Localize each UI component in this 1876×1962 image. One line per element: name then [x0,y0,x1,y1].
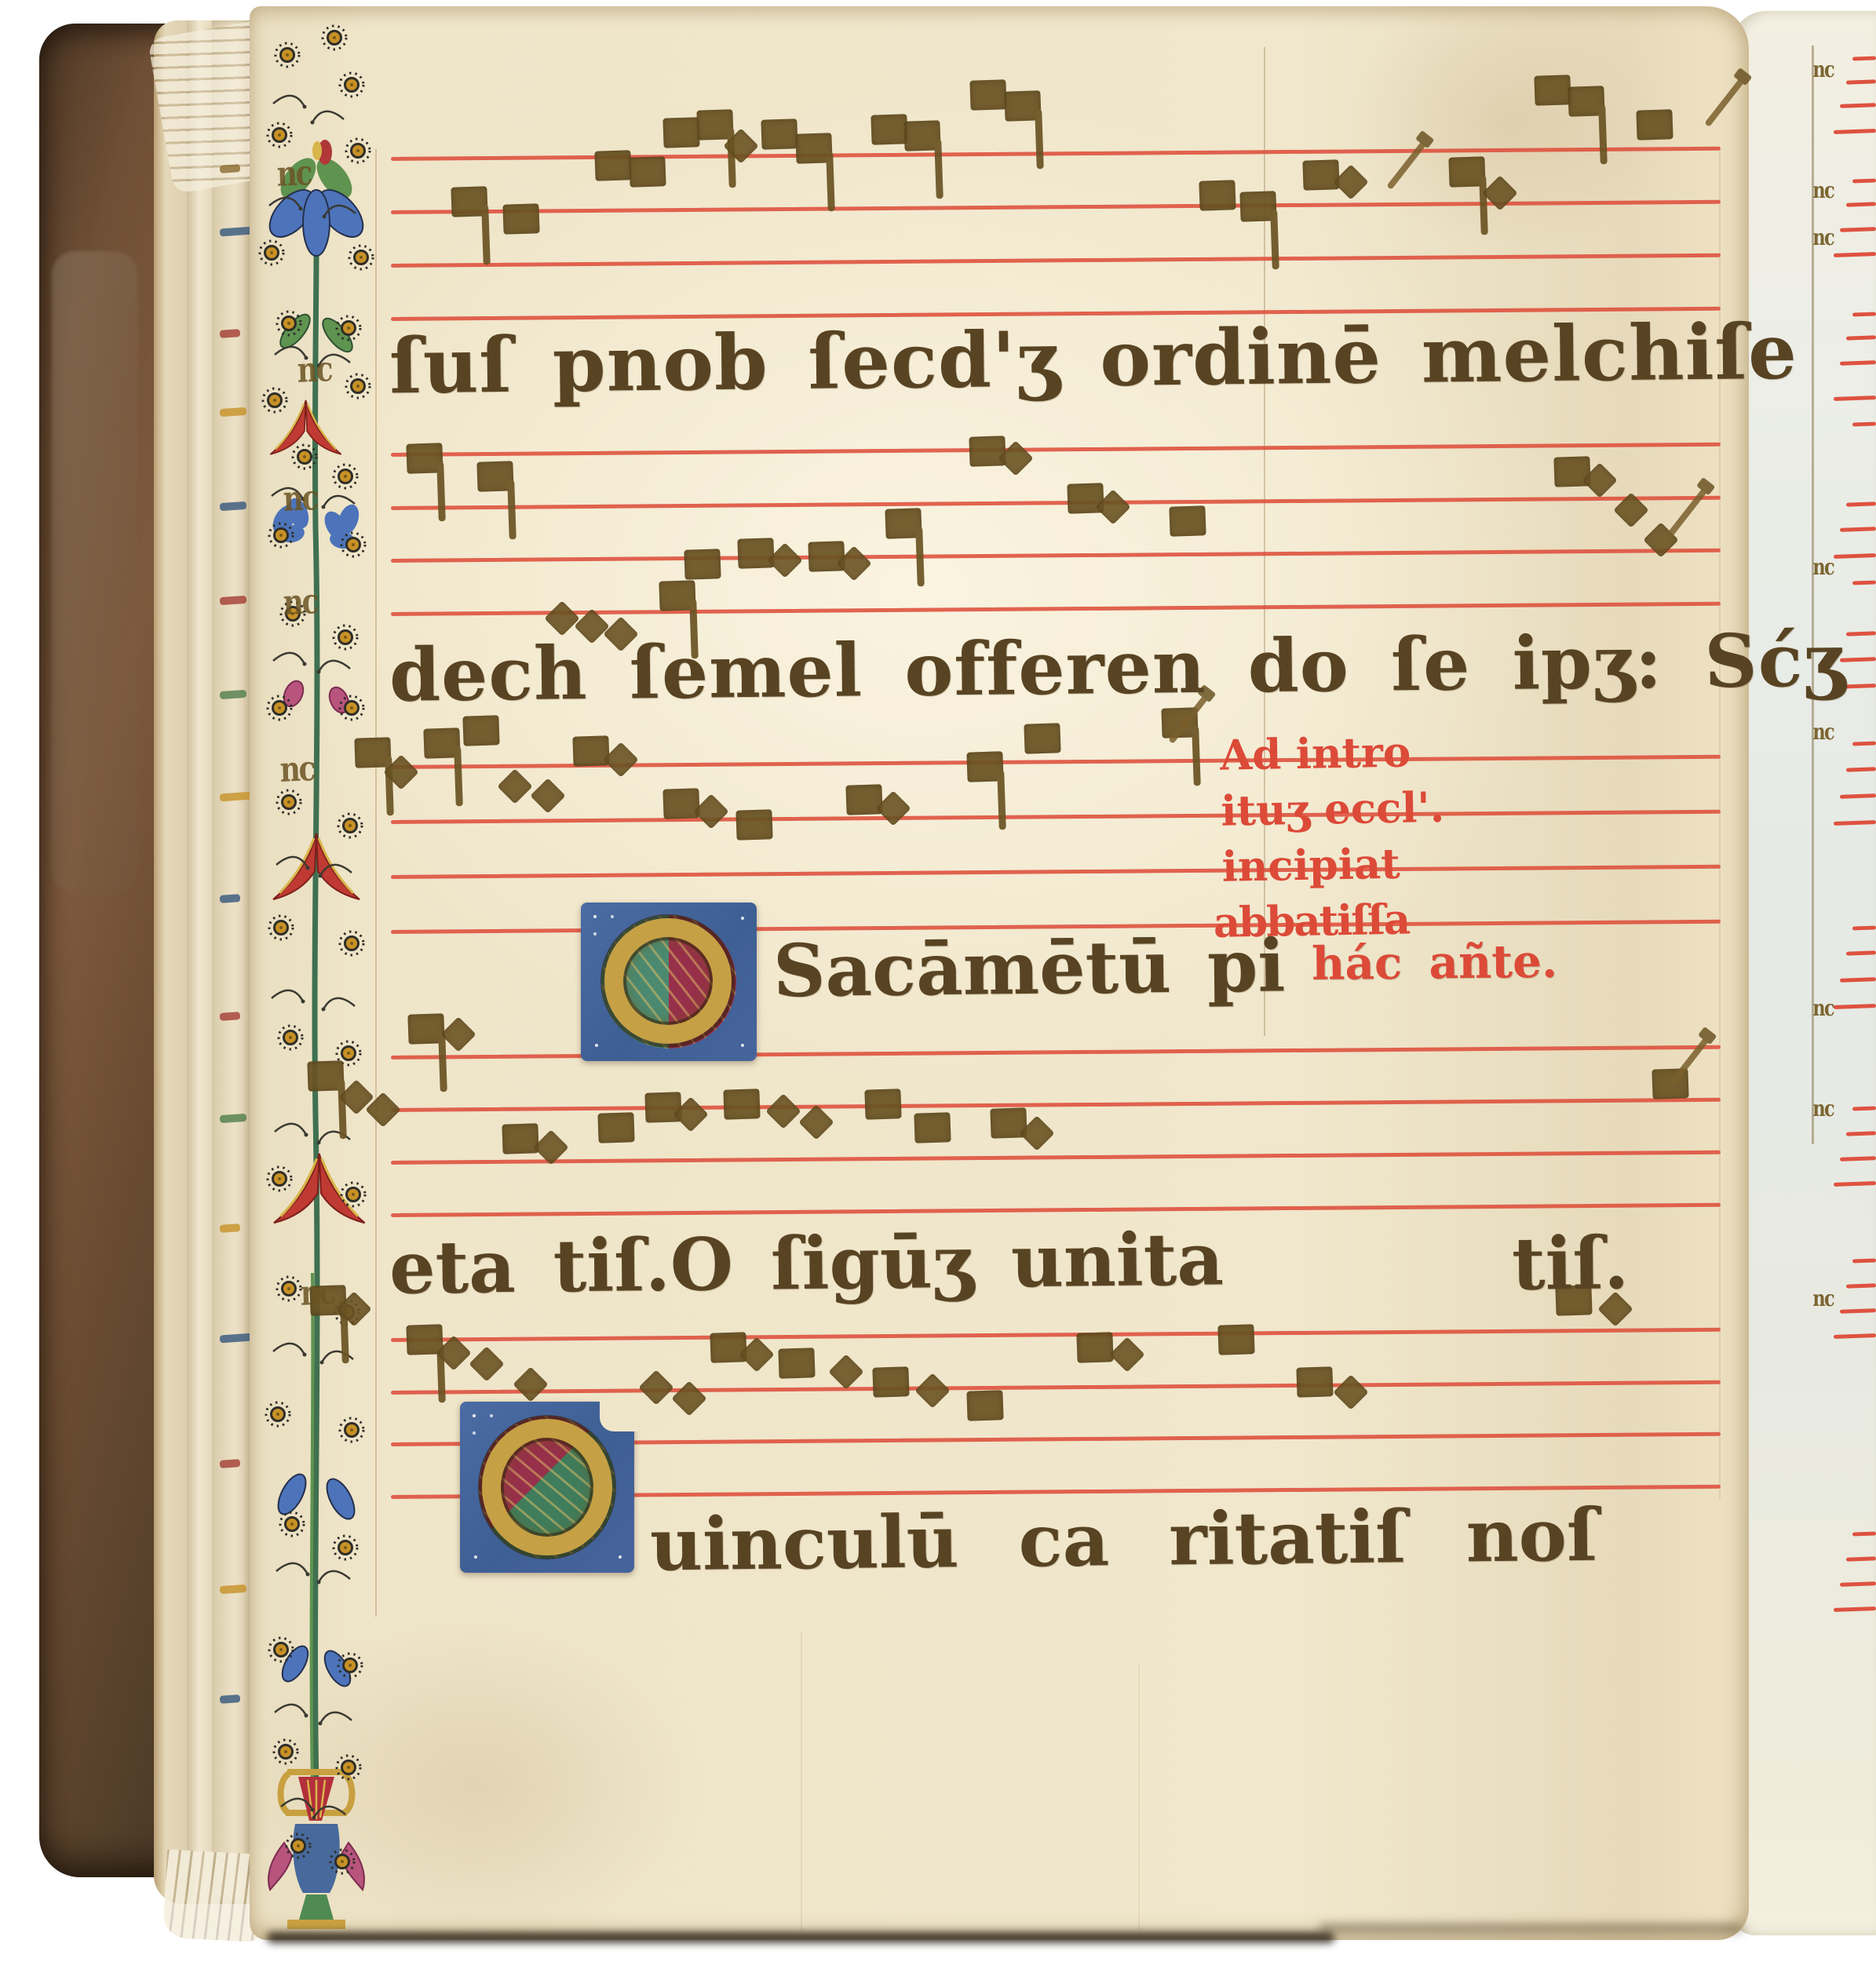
neume-note [659,580,695,611]
neume-note [1448,156,1485,188]
border-fleck [220,1694,241,1704]
page-crease [801,1632,802,1931]
initial-letter-O-ring [482,1419,612,1555]
neume-note [914,1112,951,1143]
neume-note [1568,86,1604,117]
next-page [1732,11,1876,1935]
border-fleck [220,1224,241,1233]
rubric-inline: hác añte. [1312,935,1558,990]
next-page-ruling-line [1812,46,1814,1144]
next-page-clef-mark: nc [1812,1286,1834,1311]
next-page-staff-stub [1852,56,1876,60]
neume-note [1024,723,1060,754]
neume-note [1169,505,1206,537]
neume-note [969,436,1006,467]
neume-note [710,1332,746,1363]
neume-note [735,809,772,841]
neume-note [1239,191,1276,222]
initial-letter-O-ring [604,918,732,1044]
next-page-clef-mark: nc [1812,177,1834,203]
border-fleck [220,164,241,173]
pen-curl [275,1705,306,1716]
border-fleck [220,1459,241,1468]
page-stack-edge [154,20,187,1904]
spine-wear-patch [52,251,138,895]
page-bottom-shadow [267,1932,1334,1943]
border-fleck [220,329,241,338]
chant-text: Sacāmētū pi [772,923,1285,1013]
chant-text-line-4: eta tiſ.O ſigūʒ unita [389,1216,1224,1310]
neume-note [462,715,499,746]
pen-curl [272,990,303,1001]
neume-note [1302,159,1339,191]
rubric-line: incipiat [1221,833,1560,895]
neume-note [354,737,391,768]
next-page-clef-mark: nc [1812,57,1834,82]
initial-frame-notch [600,1397,639,1431]
chant-text-line-2: dech ſemel offeren do ſe ipʒ: Sćʒ [389,617,1845,717]
red-flame-leaves [270,400,341,454]
neume-note [684,549,721,580]
neume-note [761,119,797,150]
ruling-line [375,149,377,1617]
page-crease [1138,1664,1140,1931]
neume-note [662,117,699,148]
pen-curl [273,653,305,664]
page-bottom-shadow [1319,1924,1743,1932]
neume-note [795,133,832,164]
next-page-staff-stub [1852,925,1876,930]
pen-curl [319,1571,350,1582]
footed-vase [268,1772,364,1929]
neume-note [723,1089,760,1120]
illuminated-initial-O-1 [581,903,757,1061]
border-fleck [220,894,241,903]
pen-curl [320,1712,352,1723]
chant-text-line-5: uinculū ca ritatiſ noſ [649,1493,1598,1588]
neume-note [696,109,733,140]
next-page-clef-mark: nc [1812,995,1834,1021]
next-page-clef-mark: nc [1812,719,1834,745]
neume-note [423,728,460,759]
open-antiphonal-book: ncncncncncncncnc [0,0,1876,1962]
next-page-staff-stub [1852,1258,1876,1263]
pen-curl [323,998,355,1009]
clef-mark: nc [283,478,318,520]
chant-text-line-1: ſuſ pnob ſecd'ʒ ordinē melchiſe [389,307,1798,411]
neume-note [1534,75,1571,106]
neume-note [1217,1324,1254,1355]
chant-text-line-4-end: tiſ. [1511,1220,1629,1307]
neume-note [885,508,922,539]
pen-curl [273,1344,305,1355]
neume-note [778,1348,815,1379]
next-page-staff-stub [1852,580,1876,585]
clef-mark: nc [297,349,332,391]
pen-curl [319,661,350,672]
next-page-clef-mark: nc [1812,1096,1834,1121]
floral-border-illustration [257,17,375,1932]
neume-note [903,120,940,151]
neume-note [1636,109,1673,140]
next-page-staff-stub [1852,421,1876,426]
clef-mark: nc [276,153,312,195]
next-page-staff-stub [1852,1106,1876,1110]
next-page-clef-mark: nc [1812,224,1834,250]
rubric-note: Ad introituʒ eccl'.incipiatabbatiſſa [1220,722,1561,950]
neume-note [966,751,1003,782]
next-page-staff-stub [1852,178,1876,183]
neume-note [1004,90,1041,122]
pen-curl [312,111,344,122]
neume-note [476,461,513,492]
neume-note [407,1013,444,1045]
neume-note [502,1123,538,1154]
illuminated-initial-O-2 [460,1402,634,1573]
neume-note [406,443,443,474]
page-stack-edge [187,20,212,1904]
clef-mark: nc [279,749,315,790]
pen-curl [276,1563,308,1574]
pen-curl [275,1124,306,1135]
neume-note [969,79,1006,111]
neume-note [502,203,539,235]
pen-curl [273,96,305,107]
neume-note [594,150,631,181]
neume-note [737,538,774,569]
clef-mark: nc [283,582,318,623]
neume-note [872,1366,909,1398]
border-fleck [220,1012,241,1021]
neume-note [451,186,487,217]
chant-text-line-3: Sacāmētū pihác añte. [772,921,1557,1013]
neume-note [307,1060,344,1092]
page-stack-edge [212,20,251,1904]
neume-note [966,1390,1003,1421]
next-page-staff-stub [1852,312,1876,316]
rubric-line: ituʒ eccl'. [1221,778,1559,839]
neume-note [1199,180,1235,211]
neume-note [572,735,609,767]
next-page-staff-stub [1852,741,1876,746]
neume-note [662,788,699,819]
neume-note [597,1112,634,1143]
neume-note [1296,1366,1333,1398]
clef-mark: nc [300,1272,335,1314]
rubric-line: Ad intro [1220,722,1558,783]
next-page-clef-mark: nc [1812,554,1834,580]
neume-note [629,156,666,188]
neume-note [870,114,907,145]
neume-note [1076,1332,1113,1363]
next-page-staff-stub [1852,1531,1876,1536]
neume-note [864,1089,901,1120]
